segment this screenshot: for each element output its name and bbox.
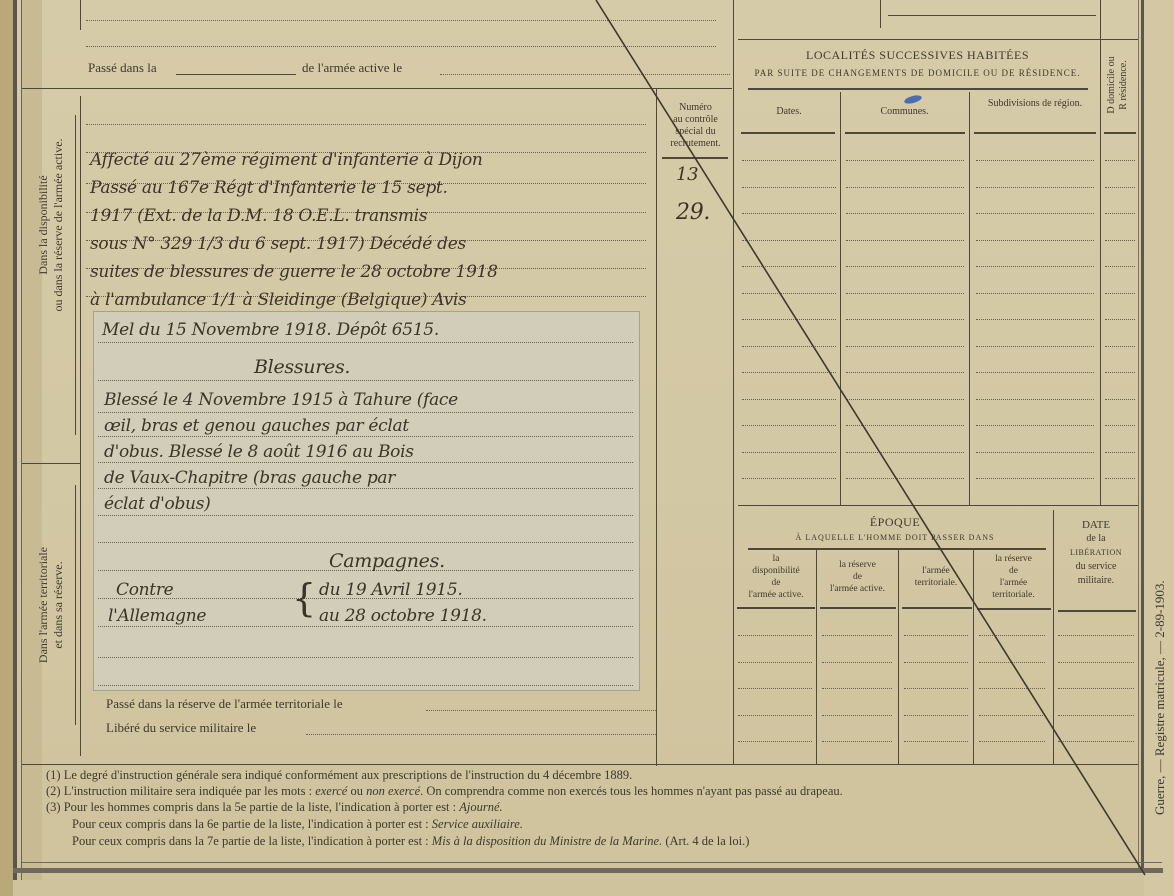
bottom-border — [13, 868, 1163, 873]
dotted-line — [979, 715, 1045, 716]
slip-rule — [98, 412, 633, 413]
dotted-line — [1105, 213, 1135, 214]
localites-title: LOCALITÉS SUCCESSIVES HABITÉES — [740, 48, 1095, 63]
dotted-line — [904, 662, 968, 663]
epoque-title: ÉPOQUE — [740, 515, 1050, 530]
blank-field — [176, 74, 296, 75]
dotted-line — [742, 372, 836, 373]
dotted-line — [1058, 662, 1134, 663]
header-rule — [902, 607, 972, 609]
dotted-line — [846, 425, 964, 426]
dotted-line — [742, 399, 836, 400]
dotted-line — [846, 187, 964, 188]
col-divider-dates — [840, 92, 841, 505]
residence-column-divider — [1100, 0, 1101, 505]
dotted-line — [742, 346, 836, 347]
dotted-line — [1105, 266, 1135, 267]
dotted-line — [426, 710, 656, 711]
dotted-line — [742, 293, 836, 294]
left-border-inner — [21, 0, 22, 880]
epoque-brace-rule — [748, 548, 1046, 550]
slip-rule — [98, 380, 633, 381]
slip-rule — [98, 685, 633, 686]
dotted-line — [976, 478, 1094, 479]
slip-rule — [98, 626, 633, 627]
dotted-line — [822, 688, 892, 689]
blessures-line-5: éclat d'obus) — [104, 494, 210, 514]
dotted-line — [846, 213, 964, 214]
armee-active-label: de l'armée active le — [302, 60, 402, 76]
dotted-line — [822, 662, 892, 663]
campagnes-heading: Campagnes. — [329, 550, 445, 572]
date-liberation-header: DATE de la LIBÉRATION du service militai… — [1055, 518, 1137, 588]
footnote-1: (1) Le degré d'instruction générale sera… — [46, 768, 632, 783]
dotted-line — [822, 741, 892, 742]
handwritten-line-5: suites de blessures de guerre le 28 octo… — [90, 262, 498, 282]
dotted-line — [976, 425, 1094, 426]
dotted-line — [742, 319, 836, 320]
col-header-domicile-residence: D domicile ou R résidence. — [1106, 42, 1130, 128]
slip-rule — [98, 436, 633, 437]
slip-rule — [98, 488, 633, 489]
dotted-line — [1105, 160, 1135, 161]
epoque-col-reserve-active: la réservedel'armée active. — [818, 559, 897, 595]
dotted-line — [1105, 293, 1135, 294]
blessures-line-2: œil, bras et genou gauches par éclat — [104, 416, 409, 436]
dotted-line — [846, 293, 964, 294]
col-header-subdivisions: Subdivisions de région. — [971, 98, 1099, 110]
dotted-line — [738, 662, 812, 663]
epoque-col-divider — [816, 550, 817, 765]
handwritten-line-2: Passé au 167e Régt d'Infanterie le 15 se… — [90, 178, 448, 198]
dotted-line — [976, 240, 1094, 241]
dotted-line — [440, 74, 730, 75]
handwritten-line-6: à l'ambulance 1/1 à Sleidinge (Belgique)… — [90, 290, 466, 310]
dotted-line — [1058, 688, 1134, 689]
dotted-line — [1058, 715, 1134, 716]
dotted-line — [976, 319, 1094, 320]
dotted-line — [1105, 399, 1135, 400]
localites-bottom-rule — [738, 505, 1138, 506]
header-rule — [845, 132, 965, 134]
slip-rule — [98, 542, 633, 543]
dotted-line — [742, 187, 836, 188]
slip-rule — [98, 515, 633, 516]
side-label-territoriale: Dans l'armée territoriale et dans sa rés… — [36, 515, 66, 695]
col-header-communes: Communes. — [842, 106, 967, 118]
brace-line — [75, 485, 76, 725]
dotted-line — [979, 662, 1045, 663]
dotted-line — [976, 452, 1094, 453]
dotted-line — [846, 266, 964, 267]
right-border-inner — [1138, 0, 1139, 873]
dotted-line — [1105, 372, 1135, 373]
dotted-line — [86, 20, 716, 21]
header-rule — [820, 607, 896, 609]
dotted-line — [846, 399, 964, 400]
dotted-line — [846, 478, 964, 479]
dotted-line — [738, 741, 812, 742]
header-rule — [977, 608, 1051, 610]
top-rule — [888, 15, 1096, 16]
handwritten-line-1: Affecté au 27ème régiment d'infanterie à… — [90, 150, 483, 170]
side-label-divider — [80, 96, 81, 756]
numero-column-divider — [656, 89, 657, 766]
dotted-line — [904, 635, 968, 636]
numero-controle-header: Numéro au contrôle spécial du recrutemen… — [658, 102, 733, 150]
dotted-line — [904, 715, 968, 716]
dotted-line — [979, 741, 1045, 742]
numero-value-1: 13 — [676, 164, 698, 185]
brace-icon: { — [292, 578, 316, 618]
dotted-line — [979, 635, 1045, 636]
dotted-line — [979, 688, 1045, 689]
header-rule — [1104, 132, 1136, 134]
footnote-2: (2) L'instruction militaire sera indiqué… — [46, 784, 843, 799]
libere-service-label: Libéré du service militaire le — [106, 720, 256, 736]
header-rule — [974, 132, 1096, 134]
page-edge — [0, 0, 13, 896]
dotted-line — [742, 240, 836, 241]
dotted-line — [742, 160, 836, 161]
passe-reserve-territoriale-label: Passé dans la réserve de l'armée territo… — [106, 696, 343, 712]
date-liberation-divider — [1053, 510, 1054, 765]
dotted-line — [846, 319, 964, 320]
dotted-line — [742, 452, 836, 453]
dotted-line — [846, 160, 964, 161]
dotted-line — [976, 399, 1094, 400]
dotted-line — [976, 187, 1094, 188]
localites-brace-rule — [748, 88, 1088, 90]
epoque-col-divider — [973, 550, 974, 765]
dotted-line — [1105, 452, 1135, 453]
dotted-line — [738, 635, 812, 636]
dotted-line — [86, 124, 646, 125]
blessures-line-4: de Vaux-Chapitre (bras gauche par — [104, 468, 395, 488]
col-header-dates: Dates. — [740, 106, 838, 118]
epoque-col-reserve-territoriale: la réservedel'arméeterritoriale. — [975, 553, 1052, 601]
blessures-heading: Blessures. — [254, 356, 350, 378]
note-avis-line: Mel du 15 Novembre 1918. Dépôt 6515. — [102, 320, 439, 340]
dotted-line — [1058, 741, 1134, 742]
campagne-to: au 28 octobre 1918. — [319, 606, 487, 626]
dotted-line — [742, 266, 836, 267]
numero-value-2: 29. — [676, 200, 710, 225]
dotted-line — [738, 715, 812, 716]
header-rule — [662, 157, 728, 159]
header-rule — [741, 132, 835, 134]
dotted-line — [976, 266, 1094, 267]
passe-dans-label: Passé dans la — [88, 60, 157, 76]
epoque-col-disponibilite: ladisponibilitédel'armée active. — [737, 553, 815, 601]
section-divider — [22, 88, 732, 89]
left-border — [13, 0, 17, 880]
footnote-divider — [22, 764, 1138, 765]
dotted-line — [738, 688, 812, 689]
bottom-border-inner — [22, 862, 1162, 863]
dotted-line — [1105, 425, 1135, 426]
col-divider-communes — [969, 92, 970, 505]
dotted-line — [976, 346, 1094, 347]
footnote-5: Pour ceux compris dans la 7e partie de l… — [72, 834, 749, 849]
slip-rule — [98, 342, 633, 343]
side-divider — [22, 463, 80, 464]
dotted-line — [742, 478, 836, 479]
epoque-subtitle: À LAQUELLE L'HOMME DOIT PASSER DANS — [740, 533, 1050, 542]
footnote-4: Pour ceux compris dans la 6e partie de l… — [72, 817, 523, 832]
main-column-divider — [733, 0, 734, 765]
slip-rule — [98, 657, 633, 658]
dotted-line — [1105, 240, 1135, 241]
blessures-line-3: d'obus. Blessé le 8 août 1916 au Bois — [104, 442, 414, 462]
side-label-disponibilite: Dans la disponibilité ou dans la réserve… — [36, 100, 66, 350]
handwritten-line-4: sous N° 329 1/3 du 6 sept. 1917) Décédé … — [90, 234, 466, 254]
localites-subtitle: PAR SUITE DE CHANGEMENTS DE DOMICILE OU … — [740, 68, 1095, 78]
dotted-line — [1105, 478, 1135, 479]
dotted-line — [742, 425, 836, 426]
dotted-line — [904, 741, 968, 742]
dotted-line — [742, 213, 836, 214]
dotted-line — [822, 635, 892, 636]
imprint-registre-matricule: Guerre, — Registre matricule, — 2-89-190… — [1152, 425, 1168, 815]
dotted-line — [86, 46, 716, 47]
top-divider — [880, 0, 881, 28]
brace-line — [75, 115, 76, 435]
dotted-line — [846, 372, 964, 373]
campagne-contre: Contre — [116, 580, 173, 600]
epoque-col-territoriale: l'arméeterritoriale. — [900, 565, 972, 589]
dotted-line — [976, 213, 1094, 214]
blessures-line-1: Blessé le 4 Novembre 1915 à Tahure (face — [104, 390, 458, 410]
campagne-from: du 19 Avril 1915. — [319, 580, 462, 600]
handwritten-line-3: 1917 (Ext. de la D.M. 18 O.E.L. transmis — [90, 206, 427, 226]
dotted-line — [822, 715, 892, 716]
campagne-allemagne: l'Allemagne — [108, 606, 206, 626]
epoque-col-divider — [898, 550, 899, 765]
pasted-note-slip: Mel du 15 Novembre 1918. Dépôt 6515. Ble… — [93, 311, 640, 691]
dotted-line — [1105, 346, 1135, 347]
dotted-line — [1105, 187, 1135, 188]
footnote-3: (3) Pour les hommes compris dans la 5e p… — [46, 800, 503, 815]
dotted-line — [1105, 319, 1135, 320]
dotted-line — [306, 734, 656, 735]
dotted-line — [904, 688, 968, 689]
slip-rule — [98, 462, 633, 463]
localites-top-rule — [738, 39, 1138, 40]
dotted-line — [846, 346, 964, 347]
dotted-line — [976, 293, 1094, 294]
dotted-line — [976, 160, 1094, 161]
header-rule — [1058, 610, 1136, 612]
dotted-line — [846, 452, 964, 453]
bracket-line — [80, 0, 81, 30]
dotted-line — [846, 240, 964, 241]
header-rule — [737, 607, 815, 609]
dotted-line — [976, 372, 1094, 373]
dotted-line — [1058, 635, 1134, 636]
